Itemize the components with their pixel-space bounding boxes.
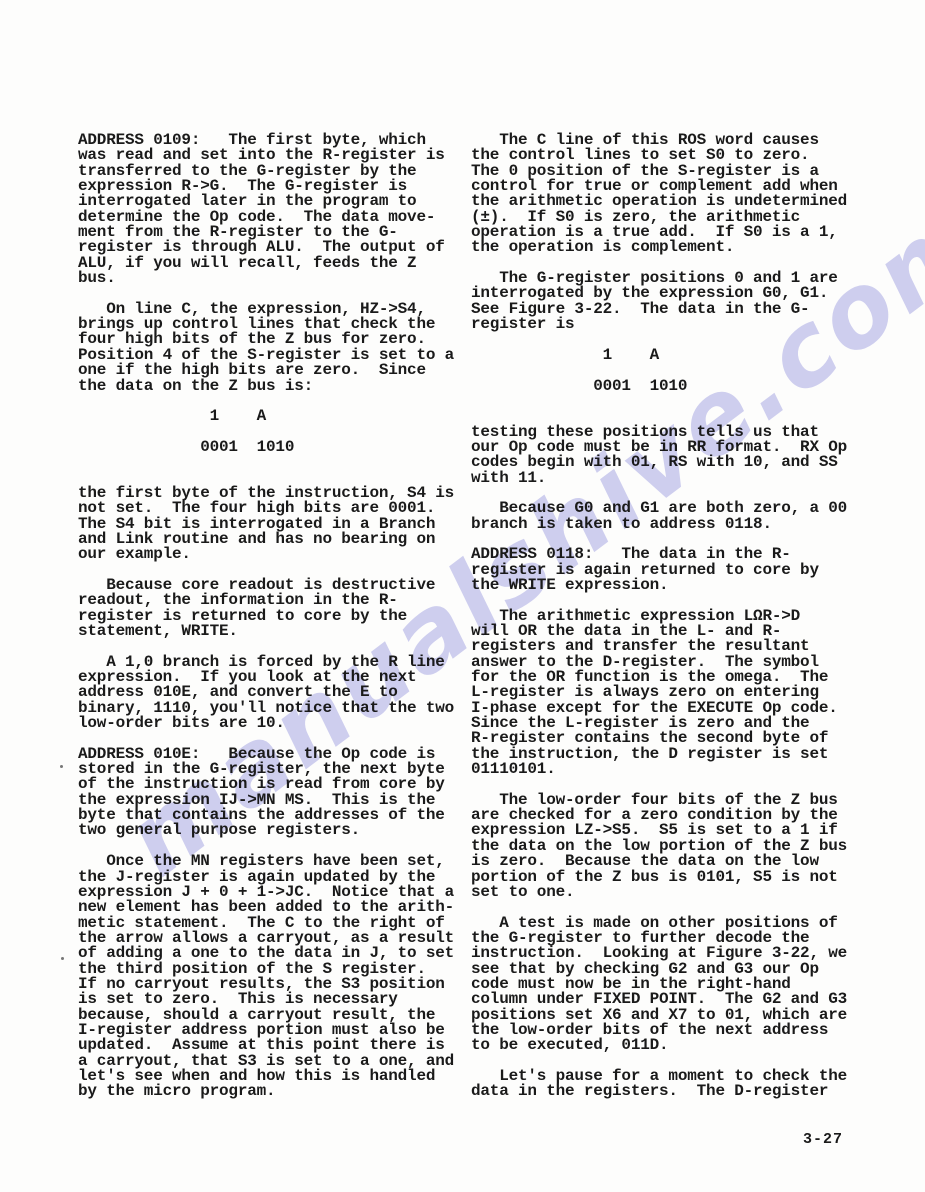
left-text-column: ADDRESS 0109: The first byte, which was … — [78, 133, 473, 1100]
scan-speck — [61, 957, 64, 960]
document-page: manualshive.com ADDRESS 0109: The first … — [0, 0, 925, 1192]
scan-speck — [60, 765, 63, 768]
right-text-column: The C line of this ROS word causes the c… — [471, 133, 866, 1100]
page-number: 3-27 — [803, 1131, 843, 1149]
